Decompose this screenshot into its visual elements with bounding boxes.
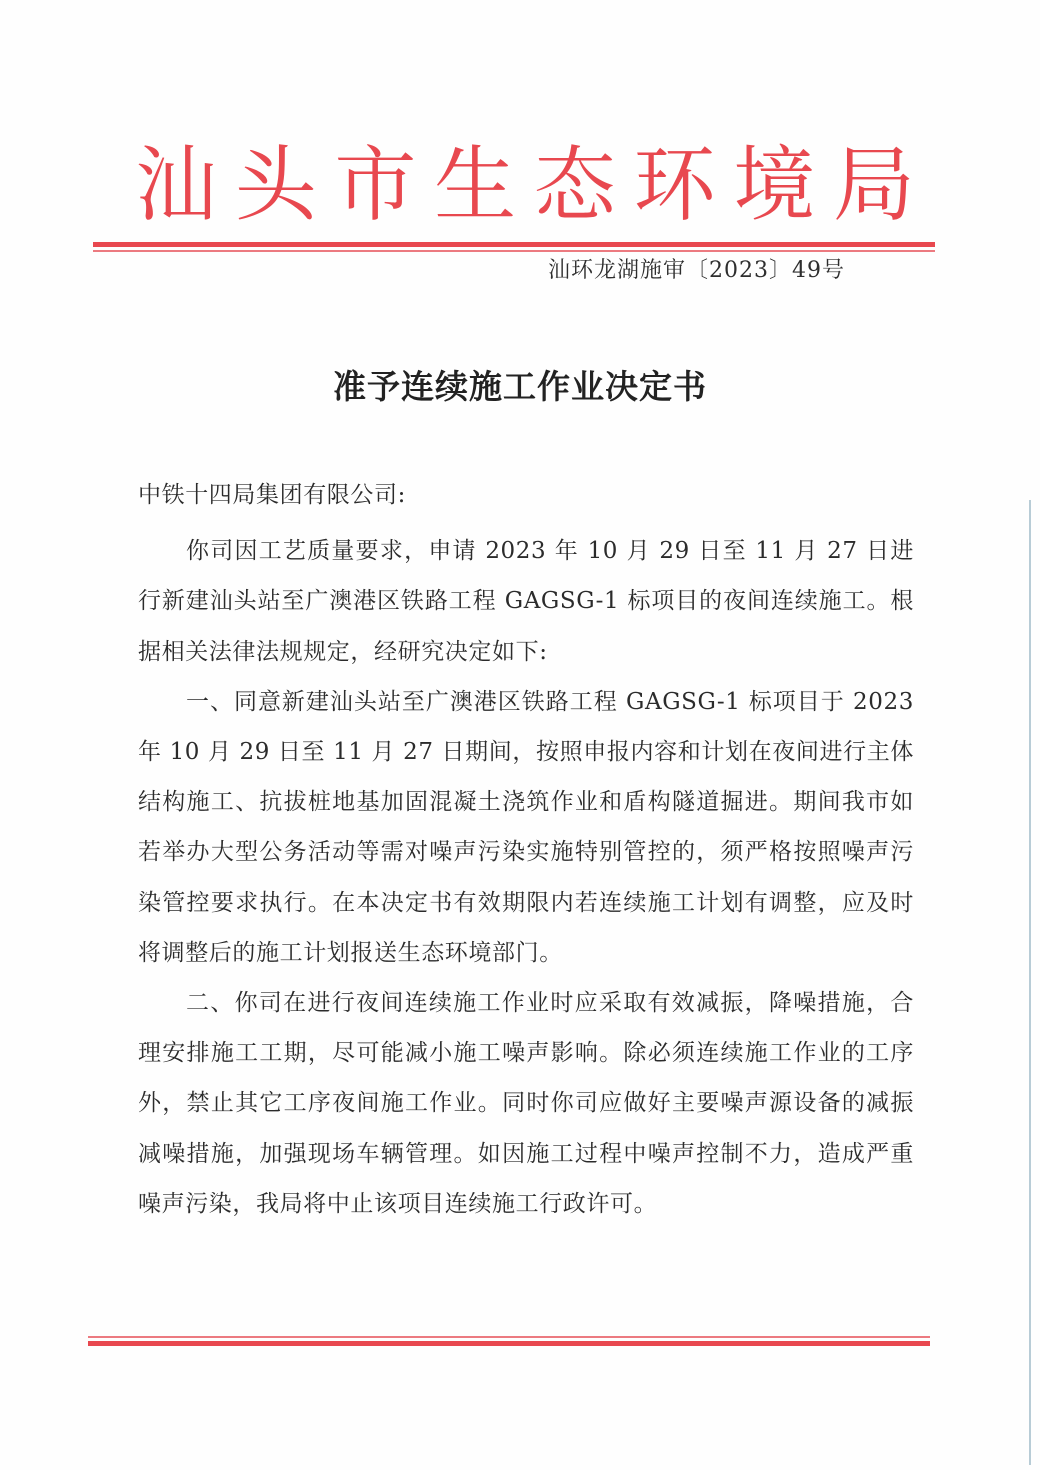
footer-divider-thick [88, 1341, 930, 1346]
document-body: 中铁十四局集团有限公司: 你司因工艺质量要求，申请 2023 年 10 月 29… [138, 470, 914, 1229]
letterhead-char: 头 [230, 138, 322, 234]
document-page: 汕 头 市 生 态 环 境 局 汕环龙湖施审〔2023〕49号 准予连续施工作业… [0, 0, 1040, 1470]
scan-edge-line [1029, 500, 1031, 1465]
footer-divider-thin [88, 1336, 930, 1338]
body-paragraph: 你司因工艺质量要求，申请 2023 年 10 月 29 日至 11 月 27 日… [138, 526, 914, 677]
letterhead-char: 汕 [130, 138, 222, 234]
organization-letterhead: 汕 头 市 生 态 环 境 局 [130, 138, 920, 234]
salutation: 中铁十四局集团有限公司: [138, 470, 914, 520]
letterhead-char: 境 [728, 138, 820, 234]
body-paragraph: 二、你司在进行夜间连续施工作业时应采取有效减振，降噪措施，合理安排施工工期，尽可… [138, 978, 914, 1229]
document-number: 汕环龙湖施审〔2023〕49号 [548, 254, 898, 288]
document-title: 准予连续施工作业决定书 [0, 362, 1040, 412]
header-divider-thin [93, 250, 935, 252]
body-paragraph: 一、同意新建汕头站至广澳港区铁路工程 GAGSG-1 标项目于 2023 年 1… [138, 677, 914, 978]
letterhead-char: 局 [828, 138, 920, 234]
letterhead-char: 环 [629, 138, 721, 234]
header-divider-thick [93, 242, 935, 247]
letterhead-char: 态 [529, 138, 621, 234]
letterhead-char: 生 [429, 138, 521, 234]
letterhead-char: 市 [329, 138, 421, 234]
